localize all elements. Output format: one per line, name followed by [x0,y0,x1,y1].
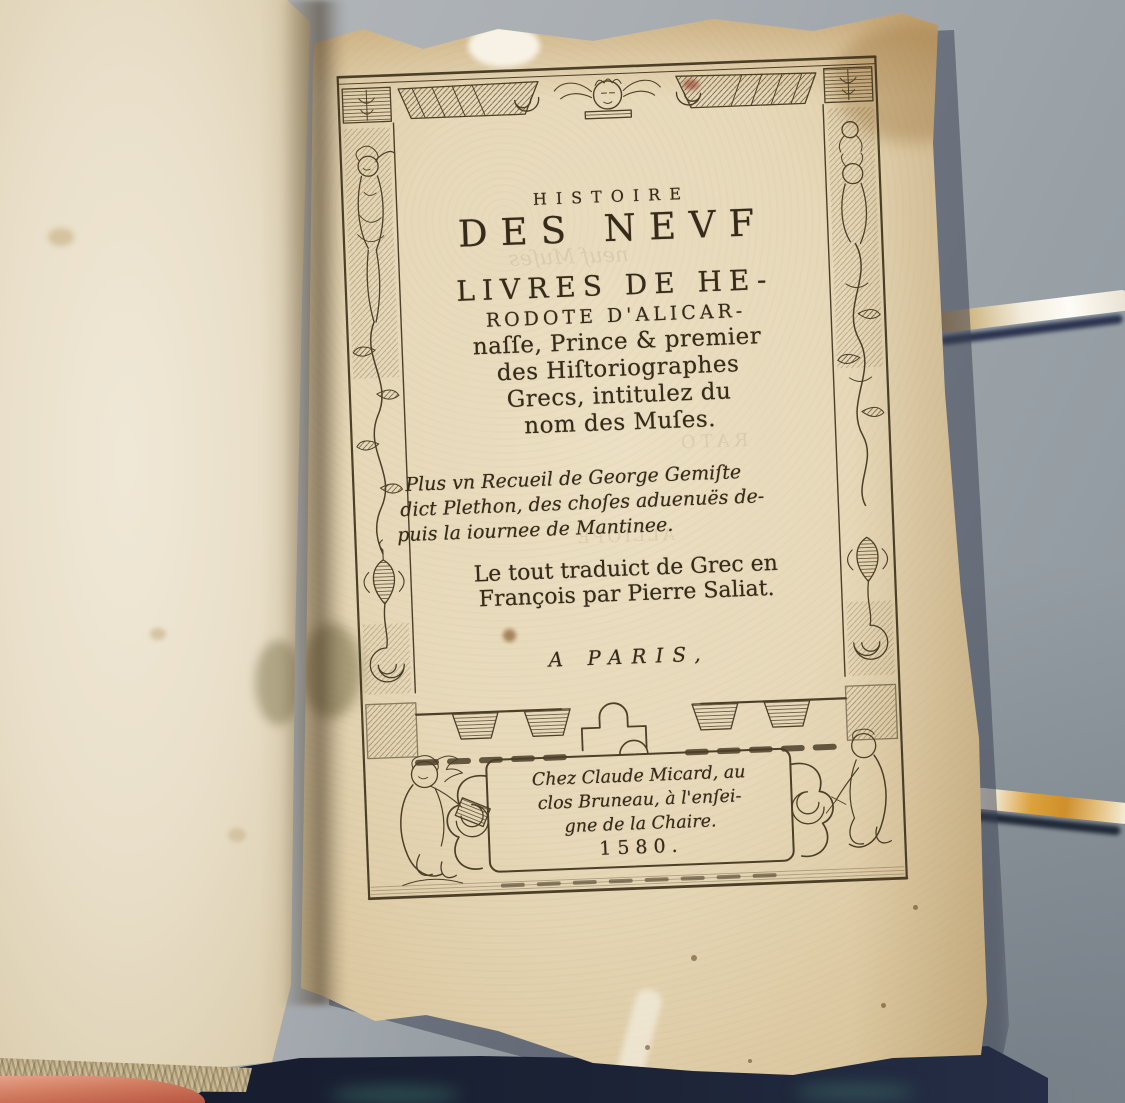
freckle [913,905,918,910]
title-page: neuf Muſes RATO ALLIOPE HISTOIRE DES NEV… [293,3,995,1093]
title-subtitle-lines: naſſe, Prince & premier des Hiſtoriograp… [342,318,896,447]
gutter-shadow [281,0,347,1005]
foxing-spot [48,228,74,246]
freckle [691,955,697,961]
imprint-publisher: Chez Claude Micard, au clos Bruneau, à l… [488,759,791,842]
foxing-spot [228,828,246,842]
freckle [748,1059,752,1063]
reflection-glow [330,1086,460,1103]
engraved-title-block: neuf Muſes RATO ALLIOPE HISTOIRE DES NEV… [331,44,913,909]
freckle [645,1045,650,1050]
freckle [881,1003,886,1008]
photo-of-antique-book: neuf Muſes RATO ALLIOPE HISTOIRE DES NEV… [0,0,1125,1103]
reflection-glow [795,1084,915,1100]
foxing-spot [150,628,166,640]
